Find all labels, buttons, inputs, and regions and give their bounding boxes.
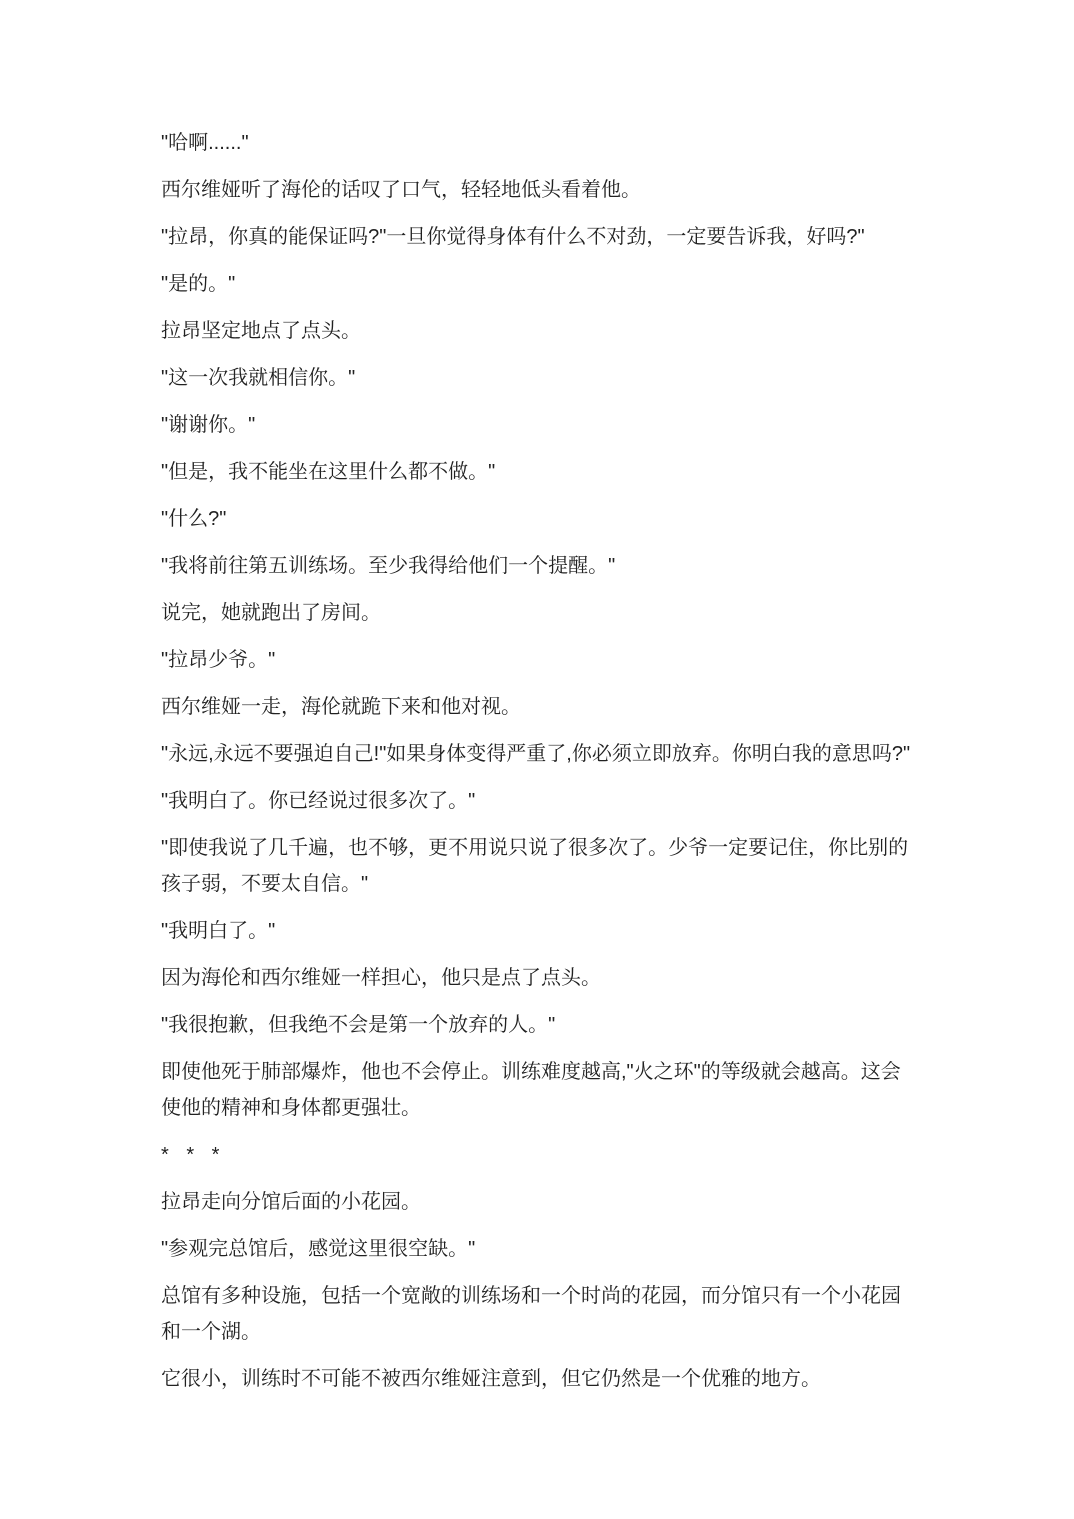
section-separator: * * * xyxy=(161,1137,913,1173)
paragraph-22: 拉昂走向分馆后面的小花园。 xyxy=(161,1184,913,1220)
paragraph-24: 总馆有多种设施，包括一个宽敞的训练场和一个时尚的花园，而分馆只有一个小花园和一个… xyxy=(161,1278,913,1350)
paragraph-2: 西尔维娅听了海伦的话叹了口气，轻轻地低头看着他。 xyxy=(161,172,913,208)
paragraph-20: 即使他死于肺部爆炸，他也不会停止。训练难度越高,"火之环"的等级就会越高。这会使… xyxy=(161,1054,913,1126)
paragraph-1: "哈啊......" xyxy=(161,125,913,161)
paragraph-8: "但是，我不能坐在这里什么都不做。" xyxy=(161,454,913,490)
paragraph-25: 它很小，训练时不可能不被西尔维娅注意到，但它仍然是一个优雅的地方。 xyxy=(161,1361,913,1397)
paragraph-11: 说完，她就跑出了房间。 xyxy=(161,595,913,631)
document-body: "哈啊......"西尔维娅听了海伦的话叹了口气，轻轻地低头看着他。"拉昂，你真… xyxy=(0,0,1074,1397)
paragraph-4: "是的。" xyxy=(161,266,913,302)
paragraph-7: "谢谢你。" xyxy=(161,407,913,443)
paragraph-9: "什么?" xyxy=(161,501,913,537)
paragraph-3: "拉昂，你真的能保证吗?"一旦你觉得身体有什么不对劲，一定要告诉我，好吗?" xyxy=(161,219,913,255)
paragraph-16: "即使我说了几千遍，也不够，更不用说只说了很多次了。少爷一定要记住，你比别的孩子… xyxy=(161,830,913,902)
paragraph-14: "永远,永远不要强迫自己!"如果身体变得严重了,你必须立即放弃。你明白我的意思吗… xyxy=(161,736,913,772)
document-page: "哈啊......"西尔维娅听了海伦的话叹了口气，轻轻地低头看着他。"拉昂，你真… xyxy=(0,0,1074,1519)
paragraph-17: "我明白了。" xyxy=(161,913,913,949)
paragraph-15: "我明白了。你已经说过很多次了。" xyxy=(161,783,913,819)
paragraph-19: "我很抱歉，但我绝不会是第一个放弃的人。" xyxy=(161,1007,913,1043)
paragraph-5: 拉昂坚定地点了点头。 xyxy=(161,313,913,349)
paragraph-6: "这一次我就相信你。" xyxy=(161,360,913,396)
paragraph-13: 西尔维娅一走，海伦就跪下来和他对视。 xyxy=(161,689,913,725)
paragraph-10: "我将前往第五训练场。至少我得给他们一个提醒。" xyxy=(161,548,913,584)
paragraph-12: "拉昂少爷。" xyxy=(161,642,913,678)
paragraph-18: 因为海伦和西尔维娅一样担心，他只是点了点头。 xyxy=(161,960,913,996)
paragraph-23: "参观完总馆后，感觉这里很空缺。" xyxy=(161,1231,913,1267)
